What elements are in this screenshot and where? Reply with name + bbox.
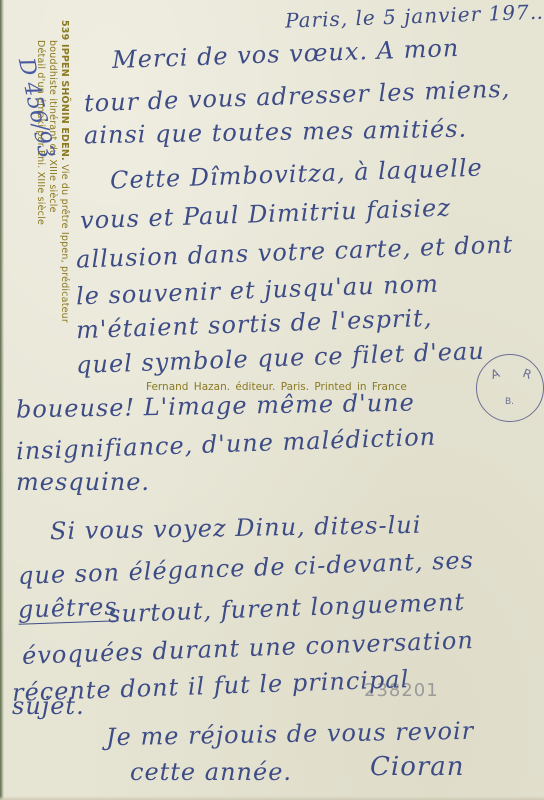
letter-line: insignifiance, d'une malédiction <box>16 423 437 466</box>
card-edge-bottom <box>0 796 544 800</box>
letter-line: Cette Dîmbovitza, à laquelle <box>110 154 484 195</box>
archive-stamp: A R B. <box>476 354 544 422</box>
caption-line-1-rest: Vie du prêtre Ippen, prédicateur <box>59 164 70 323</box>
stamp-letter-a: A <box>489 366 502 382</box>
letter-line: vous et Paul Dimitriu faisiez <box>80 194 452 235</box>
letter-date: Paris, le 5 janvier 197… <box>285 0 544 33</box>
caption-number: 539 <box>59 20 70 40</box>
underlined-word: guêtres <box>18 592 119 624</box>
letter-line: évoquées durant une conversation <box>22 626 475 670</box>
letter-line: mesquine. <box>16 468 150 496</box>
letter-line: ainsi que toutes mes amitiés. <box>84 115 468 150</box>
letter-line: m'étaient sortis de l'esprit, <box>76 304 433 344</box>
letter-line: sujet. <box>12 692 85 720</box>
letter-line: Si vous voyez Dinu, dites-lui <box>50 511 422 545</box>
letter-line: Merci de vos vœux. A mon <box>112 34 460 74</box>
caption-line-2: bouddhiste itinérant du XIIIe siècle <box>46 20 58 323</box>
stamp-letter-b: B. <box>505 397 514 407</box>
postcard: 539 IPPEN SHÔNIN EDEN. Vie du prêtre Ipp… <box>0 0 544 800</box>
letter-line: boueuse! L'image même d'une <box>16 389 415 424</box>
letter-line: guêtres <box>18 592 119 623</box>
caption-title: IPPEN SHÔNIN EDEN. <box>59 44 70 161</box>
letter-line: tour de vous adresser les miens, <box>84 75 511 118</box>
signature: Cioran <box>370 752 465 782</box>
caption-line-1: 539 IPPEN SHÔNIN EDEN. Vie du prêtre Ipp… <box>58 20 70 323</box>
letter-line: Je me réjouis de vous revoir <box>106 717 475 751</box>
letter-line: allusion dans votre carte, et dont <box>76 230 514 273</box>
letter-line: que son élégance de ci-devant, ses <box>18 546 475 590</box>
letter-line: cette année. <box>130 758 292 786</box>
letter-line: le souvenir et jusqu'au nom <box>76 270 440 311</box>
card-edge-left <box>0 0 4 800</box>
stamp-letter-r: R <box>521 366 534 382</box>
letter-line: quel symbole que ce filet d'eau <box>76 337 486 379</box>
letter-line-rest: surtout, furent longuement <box>108 588 466 628</box>
